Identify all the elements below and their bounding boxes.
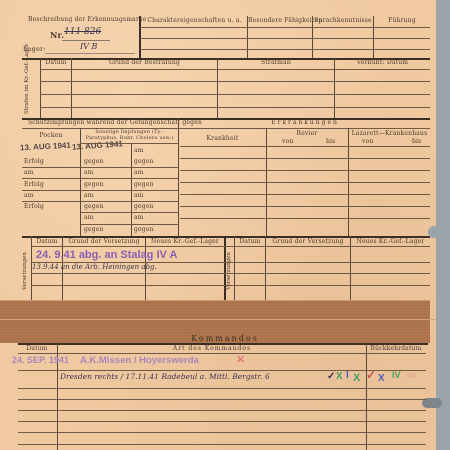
strafen-side-label: Strafen im Kr.-Gef.-Lager [24,44,30,114]
revier-von: von [282,138,293,145]
blue-x-mark: X [378,373,385,384]
check-mark: ✓ [327,371,335,382]
versetzungen-col-lager: Neues Kr.-Gef.-Lager [146,238,224,245]
rule [18,353,426,354]
kommando-handwritten: Dresden rechts / 17.11.41 Radebeul a. Mi… [60,372,270,381]
kommandos-header: Kommandos [150,334,300,343]
lager-dotted-line [45,53,135,54]
row-right-3: gegen [134,181,154,188]
versetzungen-col-datum-2: Datum [235,238,265,245]
impfungen-col-pocken: Pocken [22,132,80,139]
divider [71,58,72,118]
rule [18,399,426,400]
row-right-0: am [134,147,144,154]
col-charakter: Charaktereigenschaften u. a. [142,17,247,24]
strafen-col-datum: Datum [41,59,71,66]
erkennungsmarke-label: Beschreibung der Erkennungsmarke [28,16,138,23]
nr-label: Nr. [50,30,64,40]
versetzungen-col-grund: Grund der Versetzung [63,238,145,245]
rule [40,94,430,95]
rule [31,273,430,274]
rule [40,107,430,108]
lager-value: IV B [80,42,97,51]
versetzungen-col-datum: Datum [32,238,62,245]
nr-value: 111 826 [64,27,101,37]
rule [140,27,430,28]
rule [140,49,430,50]
row-mid-3: gegen [84,181,104,188]
rule [31,285,430,286]
row-left-5: Erfolg [24,203,44,210]
divider [139,16,141,58]
rule [180,146,430,147]
row-right-5: gegen [134,203,154,210]
kommandos-col-rueckkehr: Rückkehrdatum [367,345,425,352]
red-x-mark: ✕ [236,353,245,366]
divider [178,118,179,236]
row-mid-7: gegen [84,226,104,233]
impfungen-header: Schutzimpfungen während der Gefangenscha… [28,119,202,126]
green-x-mark-2: X [353,372,360,384]
rule [140,38,430,39]
erkrankungen-col-lazarett: Lazarett—Krankenhaus [349,130,430,137]
row-left-1: Erfolg [24,158,44,165]
rule [80,143,178,144]
rule [18,370,426,371]
row-right-2: am [134,169,144,176]
kommandos-col-datum: Datum [18,345,56,352]
lazarett-von: von [362,138,373,145]
row-mid-6: am [84,214,94,221]
impfungen-col-sonstige: Sonstige Impfungen (Ty.-Paratyphus, Ruhr… [81,129,178,141]
rule [80,212,178,213]
rule [180,194,430,195]
strafen-col-verbuesst: Verbüßt: Datum [335,59,430,66]
divider [366,343,367,450]
versetzung-stamp: 24. 9.41 abg. an Stalag IV A [36,249,177,261]
row-mid-1: gegen [84,158,104,165]
red-check-mark: ✓ [366,368,376,382]
rule [18,388,426,389]
card-edge-notch [428,226,442,238]
rule [80,224,178,225]
divider [217,58,218,118]
rule [18,410,426,411]
row-right-1: gegen [134,158,154,165]
rule [40,69,430,70]
versetzungen-col-lager-2: Neues Kr.-Gef.-Lager [351,238,430,245]
strafen-col-grund: Grund der Bestrafung [72,59,217,66]
row-mid-5: gegen [84,203,104,210]
row-left-3: Erfolg [24,181,44,188]
col-fuehrung: Führung [374,17,430,24]
registration-card: Beschreibung der Erkennungsmarke Nr. 111… [0,0,436,450]
rule [180,158,430,159]
erkrankungen-col-krankheit: Krankheit [180,135,265,142]
versetzungen-side-label-left: Versetzungen [22,252,28,290]
row-right-7: gegen [134,226,154,233]
revier-bis: bis [326,138,335,145]
divider [334,58,335,118]
col-faehigkeiten: Besondere Fähigkeiten [248,17,312,24]
rule [40,81,430,82]
blue-i-mark: I [346,370,349,381]
nr-underline [62,40,110,41]
rule [180,182,430,183]
rule [22,190,178,191]
impfung-date-stamp-1: 13. AUG 1941 [20,141,71,153]
row-mid-4: am [84,192,94,199]
row-right-4: am [134,192,144,199]
rule [180,218,430,219]
row-right-6: am [134,214,144,221]
erkrankungen-header: Erkrankungen [180,119,430,126]
kommando-date-stamp: 24. SEP. 1941 [12,355,69,365]
green-x-mark: X [336,371,343,382]
kommando-place-stamp: A.K.Missen / Hoyerswerda [80,355,199,366]
rule [22,201,178,202]
row-mid-2: am [84,169,94,176]
col-sprachen: Sprachkenntnisse [313,17,373,24]
lazarett-bis: bis [412,138,421,145]
green-iv-mark: IV [392,370,401,380]
row-left-4: am [24,192,34,199]
rule [178,128,430,129]
rule [22,178,178,179]
rule [180,206,430,207]
versetzungen-col-grund-2: Grund der Versetzung [266,238,350,245]
divider [40,58,41,118]
rule [18,444,426,445]
rule [180,170,430,171]
red-circles-mark: ○○ [406,370,417,380]
strafen-col-strafmass: Strafmaß [218,59,334,66]
row-left-2: am [24,169,34,176]
rule [18,421,426,422]
tape-seam [0,319,436,320]
kommandos-col-art: Art des Kommandos [58,345,366,352]
rule [31,246,430,247]
versetzung-handwritten: 13.9.44 an die Arb. Heiningen abg. [32,263,157,271]
rule [22,167,178,168]
rule [18,432,426,433]
erkrankungen-col-revier: Revier [267,130,347,137]
